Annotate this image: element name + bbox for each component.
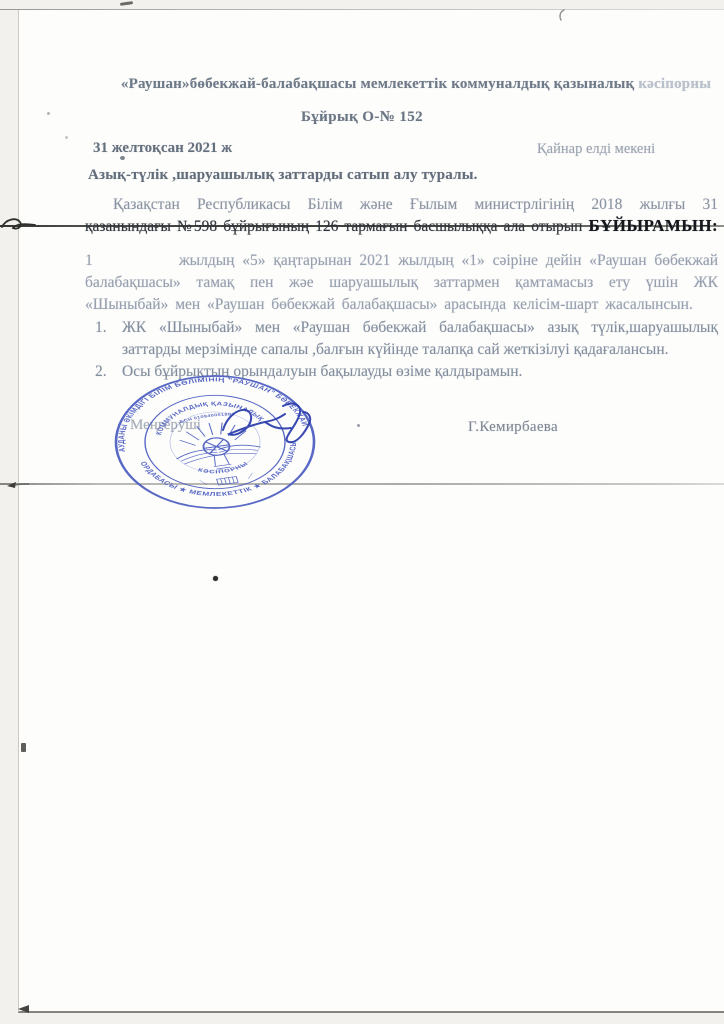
order-subject: Азық-түлік ,шаруашылық заттарды сатып ал… bbox=[88, 167, 478, 184]
signer-name: Г.Кемирбаева bbox=[468, 419, 558, 436]
pen-curl-artifact bbox=[0, 214, 36, 234]
svg-text:КӘСІПОРНЫ: КӘСІПОРНЫ bbox=[195, 460, 252, 478]
order-command-word: БҰЙЫРАМЫН: bbox=[588, 216, 718, 235]
ink-speck bbox=[65, 136, 68, 139]
handwritten-signature bbox=[205, 396, 325, 451]
ink-speck bbox=[120, 1, 133, 6]
organization-title-faded-word: кәсіпорны bbox=[638, 76, 711, 92]
list-item: 1. ЖК «Шыныбай» мен «Раушан бөбекжай бал… bbox=[95, 317, 718, 361]
intro-line-2: қазанындағы №598 бұйрығының 126 тармағын… bbox=[85, 216, 718, 236]
ink-speck bbox=[357, 424, 360, 427]
stamp-inner-text-bottom: КӘСІПОРНЫ bbox=[195, 460, 252, 478]
list-item-number: 2. bbox=[95, 361, 107, 383]
intro-line-1: Қазақстан Республикасы Білім және Ғылым … bbox=[85, 196, 718, 214]
page-top-edge bbox=[0, 9, 724, 10]
ink-speck bbox=[120, 156, 125, 160]
list-item-text: ЖК «Шыныбай» мен «Раушан бөбекжай балаба… bbox=[122, 319, 718, 358]
organization-title-main: «Раушан»бөбекжай-балабақшасы мемлекеттік… bbox=[121, 76, 635, 92]
ink-speck bbox=[213, 576, 218, 581]
organization-title: «Раушан»бөбекжай-балабақшасы мемлекеттік… bbox=[110, 76, 722, 93]
intro-line-2-text: қазанындағы №598 бұйрығының 126 тармағын… bbox=[85, 218, 582, 235]
order-number-heading: Бұйрық О-№ 152 bbox=[0, 109, 724, 126]
bottom-edge-arrow-artifact bbox=[18, 1005, 29, 1013]
ink-speck bbox=[21, 743, 26, 752]
list-item-number: 1. bbox=[95, 317, 107, 339]
pen-mark-artifact bbox=[554, 8, 568, 22]
scanned-document: «Раушан»бөбекжай-балабақшасы мемлекеттік… bbox=[0, 0, 724, 1024]
order-date: 31 желтоқсан 2021 ж bbox=[93, 140, 232, 157]
fold-hook-artifact bbox=[4, 476, 30, 492]
body-paragraph-1: 1 жылдың «5» қаңтарынан 2021 жылдың «1» … bbox=[85, 250, 718, 316]
order-place: Қайнар елді мекені bbox=[537, 141, 655, 158]
fold-line-artifact bbox=[0, 483, 724, 485]
ink-speck bbox=[47, 112, 50, 115]
